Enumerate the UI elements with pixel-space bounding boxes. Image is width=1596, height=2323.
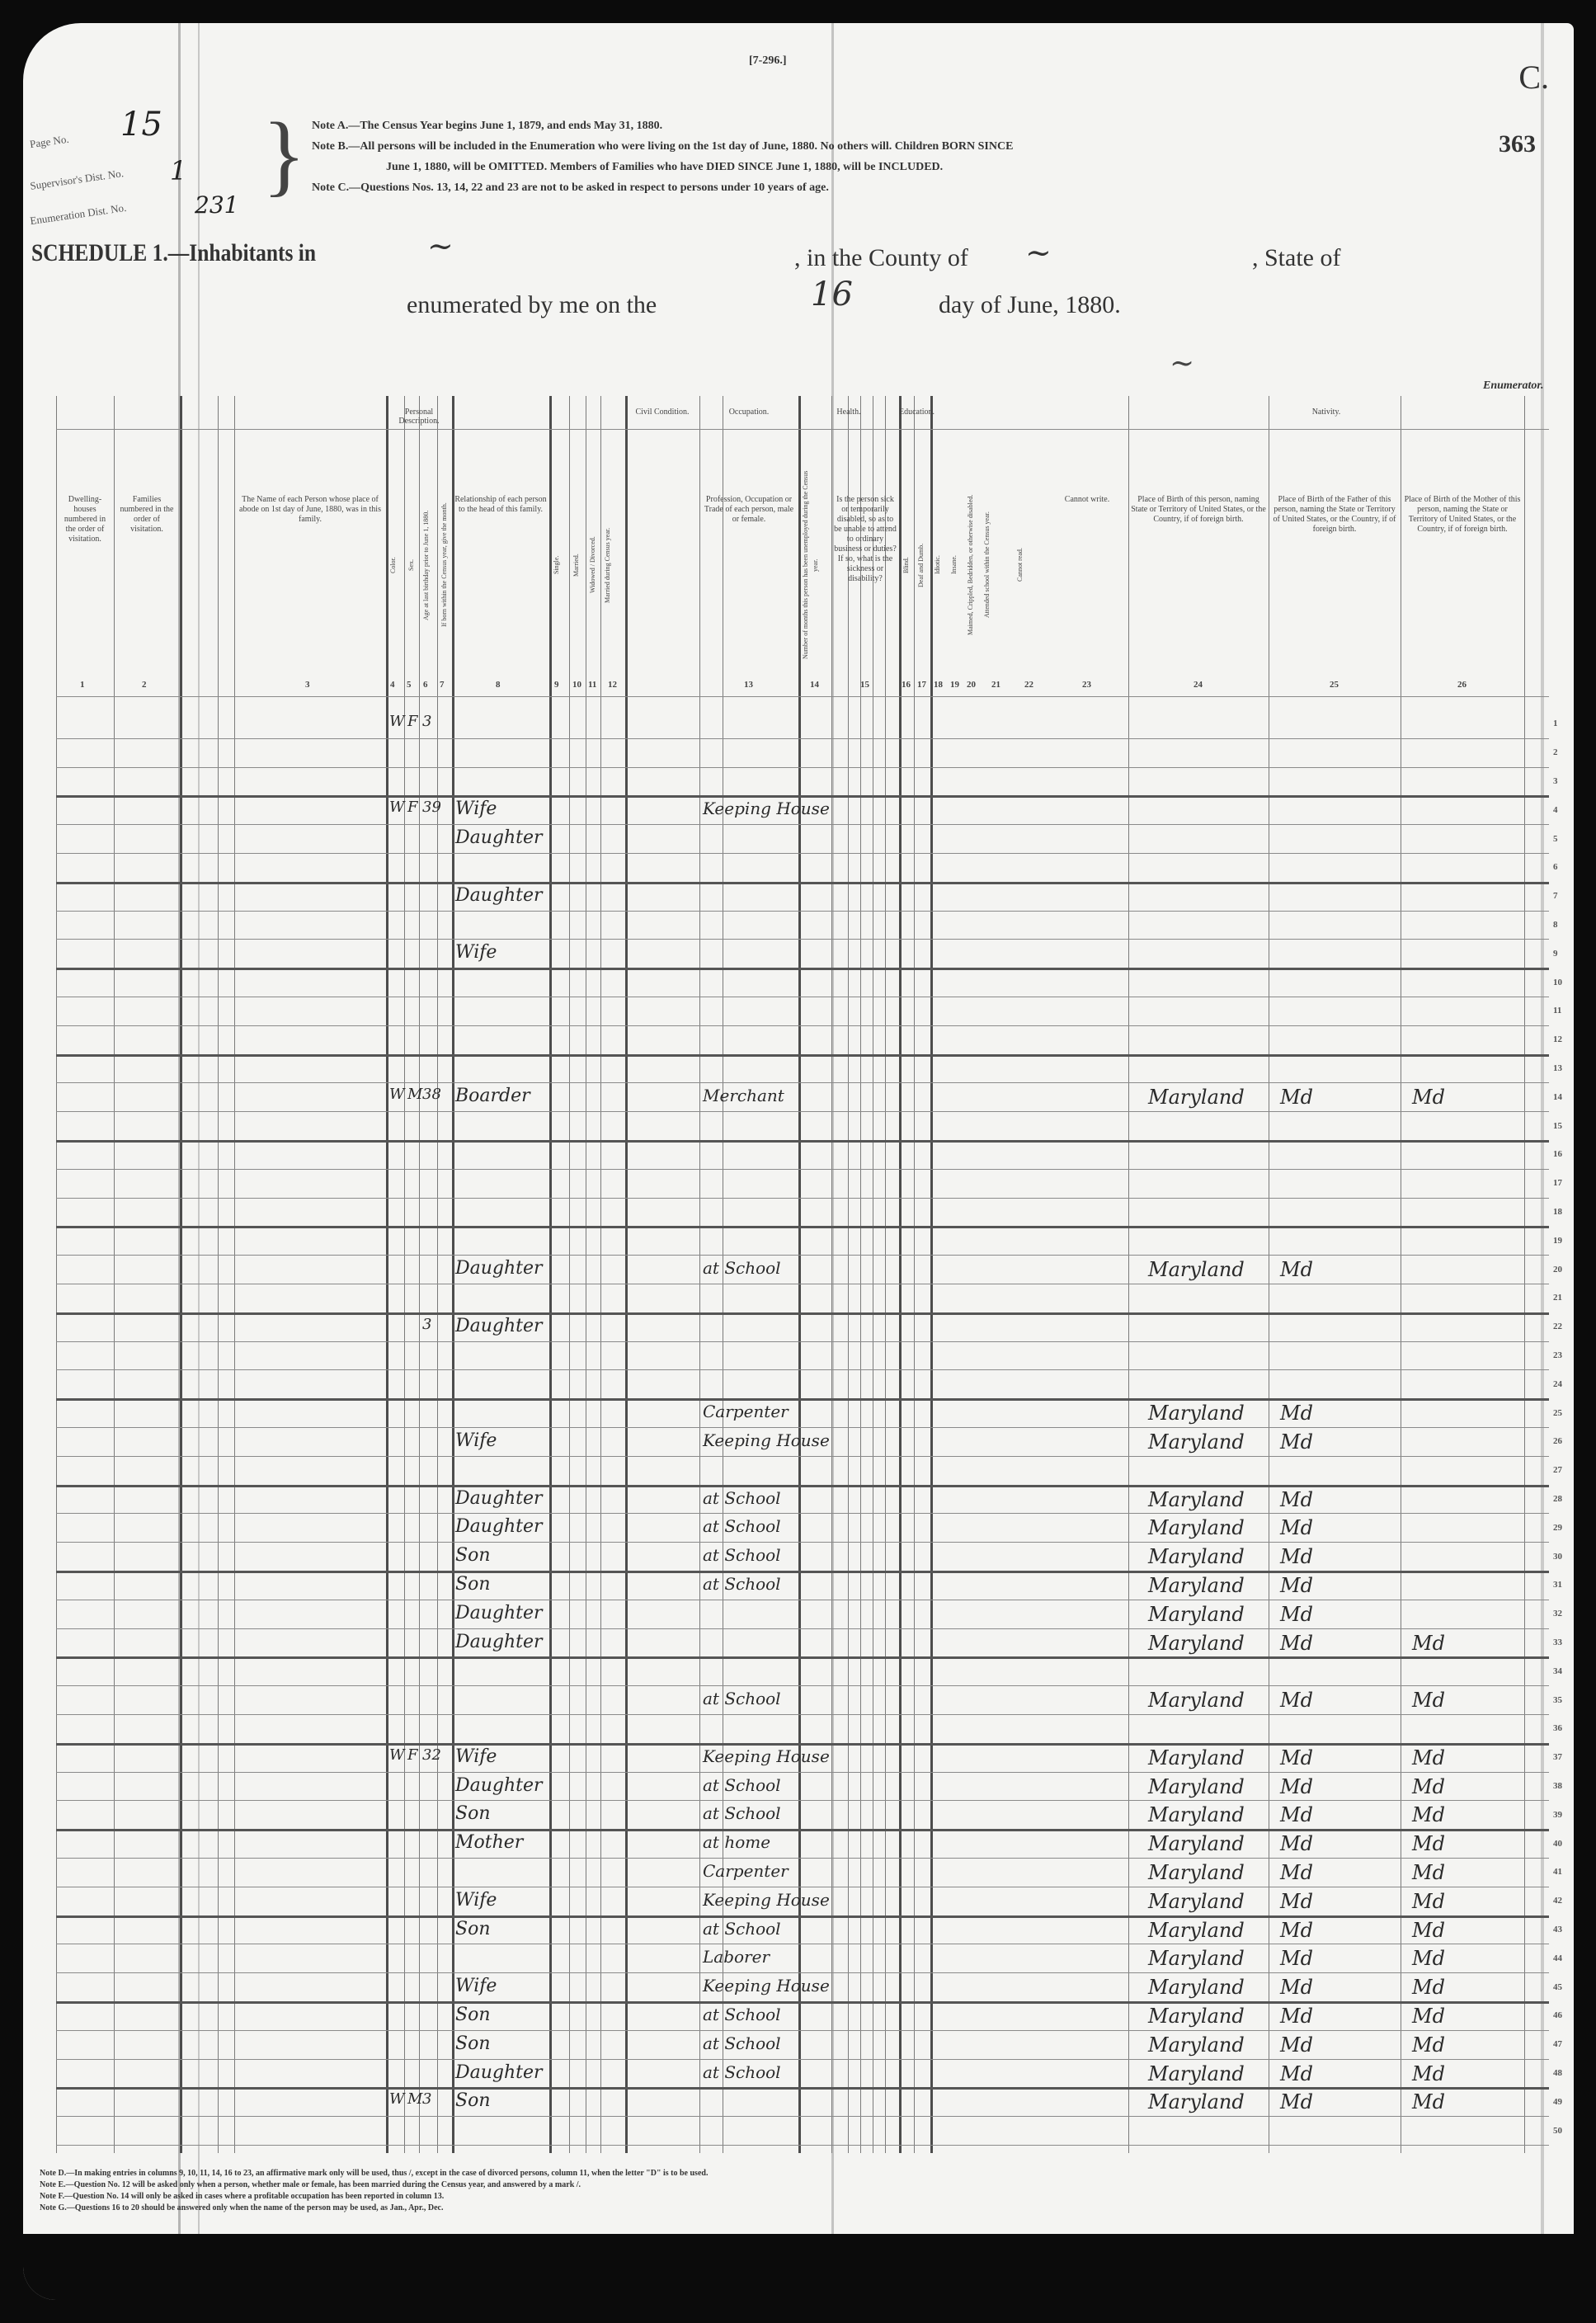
color-cell: W (389, 799, 405, 816)
father-birthplace-cell: Md (1280, 1574, 1313, 1597)
column-rule (1524, 396, 1525, 2153)
occupation-cell: Merchant (703, 1086, 784, 1105)
birthplace-cell: Maryland (1148, 1976, 1245, 1999)
form-code: [7-296.] (749, 54, 787, 68)
occupation-cell: at School (703, 1919, 781, 1939)
row-rule (56, 1685, 1549, 1686)
father-birthplace-cell: Md (1280, 1775, 1313, 1798)
birthplace-cell: Maryland (1148, 1603, 1245, 1626)
column-rule (419, 396, 420, 2153)
footnote-e: Note E.—Question No. 12 will be asked on… (40, 2179, 1029, 2191)
column-number: 4 (390, 680, 395, 690)
column-number: 16 (902, 680, 911, 690)
father-birthplace-cell: Md (1280, 1545, 1313, 1568)
relationship-cell: Wife (455, 1430, 497, 1451)
relationship-cell: Wife (455, 799, 497, 819)
occupation-cell: Keeping House (703, 1890, 830, 1910)
line-number: 10 (1553, 978, 1562, 987)
row-rule (56, 2087, 1549, 2090)
column-header: Single. (552, 470, 567, 660)
column-rule (569, 396, 570, 2153)
sheet-letter: C. (1518, 58, 1549, 97)
occupation-cell: Keeping House (703, 1746, 830, 1766)
relationship-cell: Daughter (455, 1258, 543, 1279)
row-rule (56, 738, 1549, 739)
column-rule (56, 396, 57, 2153)
birthplace-cell: Maryland (1148, 2062, 1245, 2085)
row-rule (56, 1025, 1549, 1026)
mother-birthplace-cell: Md (1412, 1632, 1445, 1655)
relationship-cell: Son (455, 2005, 491, 2025)
father-birthplace-cell: Md (1280, 1746, 1313, 1769)
line-number: 16 (1553, 1149, 1562, 1159)
birthplace-cell: Maryland (1148, 1689, 1245, 1712)
column-header: Married during Census year. (603, 470, 623, 660)
schedule-title: SCHEDULE 1.—Inhabitants in (31, 239, 316, 267)
column-group-header: Civil Condition. (625, 408, 699, 417)
enumerator-label: Enumerator. (1483, 379, 1544, 393)
line-number: 35 (1553, 1695, 1562, 1705)
mother-birthplace-cell: Md (1412, 2090, 1445, 2113)
line-number: 4 (1553, 805, 1558, 815)
line-number: 27 (1553, 1465, 1562, 1475)
column-rule (586, 396, 586, 2153)
line-number: 19 (1553, 1236, 1562, 1246)
row-rule (56, 1915, 1549, 1918)
column-number: 3 (305, 680, 310, 690)
relationship-cell: Wife (455, 1976, 497, 1996)
birthplace-cell: Maryland (1148, 1545, 1245, 1568)
header-rule (56, 429, 1549, 430)
column-rule (437, 396, 438, 2153)
column-header: Insane. (949, 470, 961, 660)
line-number: 48 (1553, 2068, 1562, 2078)
column-number: 10 (572, 680, 581, 690)
column-header: Idiotic. (933, 470, 944, 660)
line-number: 33 (1553, 1637, 1562, 1647)
column-number: 23 (1082, 680, 1091, 690)
column-header: Cannot write. (1048, 495, 1126, 505)
relationship-cell: Daughter (455, 827, 543, 848)
line-number: 12 (1553, 1034, 1562, 1044)
line-number: 38 (1553, 1781, 1562, 1791)
occupation-cell: Keeping House (703, 1430, 830, 1450)
line-number: 31 (1553, 1580, 1562, 1590)
mother-birthplace-cell: Md (1412, 1976, 1445, 1999)
birthplace-cell: Maryland (1148, 1632, 1245, 1655)
enumerated-label: enumerated by me on the (407, 291, 657, 319)
mother-birthplace-cell: Md (1412, 1775, 1445, 1798)
column-group-header: Occupation. (699, 408, 798, 417)
occupation-cell: at School (703, 1803, 781, 1823)
enumeration-dist-value: 231 (195, 191, 238, 219)
row-rule (56, 1140, 1549, 1143)
line-number: 18 (1553, 1207, 1562, 1217)
father-birthplace-cell: Md (1280, 1689, 1313, 1712)
column-number: 22 (1024, 680, 1033, 690)
father-birthplace-cell: Md (1280, 1976, 1313, 1999)
occupation-cell: at School (703, 2033, 781, 2053)
row-rule (56, 1111, 1549, 1112)
color-cell: W (389, 2090, 405, 2108)
mother-birthplace-cell: Md (1412, 1947, 1445, 1970)
color-cell: W (389, 1746, 405, 1764)
column-header: Relationship of each person to the head … (454, 495, 547, 515)
row-rule (56, 2030, 1549, 2031)
line-number: 6 (1553, 862, 1558, 872)
row-rule (56, 1542, 1549, 1543)
birthplace-cell: Maryland (1148, 1803, 1245, 1826)
birthplace-cell: Maryland (1148, 1574, 1245, 1597)
line-number: 36 (1553, 1723, 1562, 1733)
row-rule (56, 1600, 1549, 1600)
occupation-cell: at School (703, 1689, 781, 1708)
father-birthplace-cell: Md (1280, 1430, 1313, 1454)
column-group-header: Nativity. (1128, 408, 1524, 417)
mother-birthplace-cell: Md (1412, 1861, 1445, 1884)
occupation-cell: Carpenter (703, 1402, 789, 1421)
line-number: 22 (1553, 1322, 1562, 1331)
line-number: 2 (1553, 747, 1558, 757)
line-number: 46 (1553, 2010, 1562, 2020)
column-header: The Name of each Person whose place of a… (237, 495, 384, 525)
column-rule (914, 396, 915, 2153)
column-header: Profession, Occupation or Trade of each … (702, 495, 796, 525)
father-birthplace-cell: Md (1280, 2033, 1313, 2057)
column-number: 6 (423, 680, 428, 690)
father-birthplace-cell: Md (1280, 1632, 1313, 1655)
row-rule (56, 1284, 1549, 1284)
row-rule (56, 1887, 1549, 1887)
column-header: Dwelling-houses numbered in the order of… (59, 495, 111, 544)
row-rule (56, 1944, 1549, 1944)
county-handwritten: ~ (1025, 234, 1052, 271)
column-header: Cannot read. (1015, 470, 1043, 660)
relationship-cell: Daughter (455, 1316, 543, 1336)
birthplace-cell: Maryland (1148, 1488, 1245, 1511)
column-header: Families numbered in the order of visita… (116, 495, 177, 535)
brace: } (262, 109, 306, 200)
column-number: 21 (991, 680, 1000, 690)
column-rule (404, 396, 405, 2153)
age-cell: 38 (422, 1086, 441, 1103)
relationship-cell: Mother (455, 1832, 523, 1853)
column-header: Number of months this person has been un… (801, 470, 829, 660)
line-number: 39 (1553, 1810, 1562, 1820)
line-number: 28 (1553, 1494, 1562, 1504)
birthplace-cell: Maryland (1148, 1430, 1245, 1454)
relationship-cell: Daughter (455, 2062, 543, 2083)
sex-cell: M (407, 1086, 422, 1103)
line-number: 25 (1553, 1408, 1562, 1418)
line-number: 7 (1553, 891, 1558, 901)
row-rule (56, 1312, 1549, 1315)
row-rule (56, 853, 1549, 854)
footnote-f: Note F.—Question No. 14 will only be ask… (40, 2191, 1029, 2203)
occupation-cell: Carpenter (703, 1861, 789, 1881)
column-number: 2 (142, 680, 147, 690)
father-birthplace-cell: Md (1280, 1832, 1313, 1855)
column-header: Deaf and Dumb. (916, 470, 928, 660)
note-b-cont: June 1, 1880, will be OMITTED. Members o… (312, 157, 1499, 177)
row-rule (56, 1485, 1549, 1487)
line-number: 29 (1553, 1523, 1562, 1533)
row-rule (56, 1226, 1549, 1228)
column-number: 12 (608, 680, 617, 690)
column-number: 15 (860, 680, 869, 690)
occupation-cell: at home (703, 1832, 770, 1852)
mother-birthplace-cell: Md (1412, 2005, 1445, 2028)
supervisors-dist-value: 1 (170, 155, 186, 186)
column-header: Attended school within the Census year. (982, 470, 1010, 660)
column-header: Widowed / Divorced. (588, 470, 598, 660)
row-rule (56, 1398, 1549, 1401)
occupation-cell: at School (703, 2062, 781, 2082)
column-rule (1128, 396, 1129, 2153)
birthplace-cell: Maryland (1148, 2005, 1245, 2028)
relationship-cell: Wife (455, 1890, 497, 1911)
column-header: Is the person sick or temporarily disabl… (834, 495, 897, 584)
relationship-cell: Boarder (455, 1086, 530, 1106)
mother-birthplace-cell: Md (1412, 1832, 1445, 1855)
line-number: 44 (1553, 1953, 1562, 1963)
line-number: 20 (1553, 1265, 1562, 1275)
column-rule (1401, 396, 1401, 2153)
column-number: 5 (407, 680, 412, 690)
column-header: Place of Birth of this person, naming St… (1131, 495, 1266, 525)
occupation-cell: Laborer (703, 1947, 770, 1967)
column-header: Place of Birth of the Mother of this per… (1403, 495, 1522, 535)
column-number: 13 (744, 680, 753, 690)
line-number: 1 (1553, 719, 1558, 728)
column-rule (885, 396, 886, 2153)
row-rule (56, 882, 1549, 884)
age-cell: 3 (422, 2090, 431, 2108)
sex-cell: F (407, 1746, 418, 1764)
relationship-cell: Son (455, 2033, 491, 2054)
birthplace-cell: Maryland (1148, 2090, 1245, 2113)
row-rule (56, 1772, 1549, 1773)
footnote-g: Note G.—Questions 16 to 20 should be ans… (40, 2203, 1029, 2214)
color-cell: W (389, 1086, 405, 1103)
column-rule (218, 396, 219, 2153)
column-group-header: Personal Description. (386, 408, 452, 426)
county-label: , in the County of (794, 244, 968, 272)
line-number: 5 (1553, 834, 1558, 844)
column-header: If born within the Census year, give the… (440, 470, 450, 660)
column-rule (600, 396, 601, 2153)
line-number: 50 (1553, 2126, 1562, 2136)
sex-cell: M (407, 2090, 422, 2108)
census-table: Personal Description.Civil Condition.Occ… (56, 396, 1549, 2153)
row-rule (56, 2145, 1549, 2146)
relationship-cell: Daughter (455, 1516, 543, 1537)
row-rule (56, 939, 1549, 940)
mother-birthplace-cell: Md (1412, 1689, 1445, 1712)
row-rule (56, 2116, 1549, 2117)
column-rule (873, 396, 873, 2153)
row-rule (56, 795, 1549, 798)
column-rule (860, 396, 861, 2153)
occupation-cell: at School (703, 2005, 781, 2024)
row-rule (56, 1714, 1549, 1715)
row-rule (56, 1743, 1549, 1746)
father-birthplace-cell: Md (1280, 1516, 1313, 1539)
column-number: 24 (1193, 680, 1203, 690)
page-no-label: Page No. (29, 133, 69, 151)
line-number: 34 (1553, 1666, 1562, 1676)
age-cell: 32 (422, 1746, 441, 1764)
relationship-cell: Daughter (455, 885, 543, 906)
occupation-cell: Keeping House (703, 1976, 830, 1996)
line-number: 43 (1553, 1925, 1562, 1934)
row-rule (56, 1427, 1549, 1428)
birthplace-cell: Maryland (1148, 1890, 1245, 1913)
column-rule (625, 396, 628, 2153)
line-number: 24 (1553, 1379, 1562, 1389)
occupation-cell: at School (703, 1488, 781, 1508)
age-cell: 3 (422, 713, 431, 730)
census-notes: Note A.—The Census Year begins June 1, 1… (312, 115, 1499, 198)
row-rule (56, 1169, 1549, 1170)
column-header: Married. (572, 470, 583, 660)
row-rule (56, 1341, 1549, 1342)
sex-cell: F (407, 713, 418, 730)
row-rule (56, 1255, 1549, 1256)
line-number: 9 (1553, 949, 1558, 959)
age-cell: 3 (422, 1316, 431, 1333)
row-rule (56, 1456, 1549, 1457)
relationship-cell: Son (455, 1545, 491, 1566)
enumeration-day: 16 (811, 276, 853, 313)
father-birthplace-cell: Md (1280, 2090, 1313, 2113)
color-cell: W (389, 713, 405, 730)
line-number: 8 (1553, 920, 1558, 930)
row-rule (56, 1054, 1549, 1057)
column-header: Blind. (902, 470, 911, 660)
birthplace-cell: Maryland (1148, 1402, 1245, 1425)
mother-birthplace-cell: Md (1412, 1086, 1445, 1109)
row-rule (56, 1628, 1549, 1629)
line-number: 41 (1553, 1867, 1562, 1877)
father-birthplace-cell: Md (1280, 1402, 1313, 1425)
birthplace-cell: Maryland (1148, 1861, 1245, 1884)
column-number: 18 (934, 680, 943, 690)
age-cell: 39 (422, 799, 441, 816)
column-number: 25 (1330, 680, 1339, 690)
column-header: Sex. (407, 470, 417, 660)
row-rule (56, 1369, 1549, 1370)
row-rule (56, 1800, 1549, 1801)
father-birthplace-cell: Md (1280, 1086, 1313, 1109)
line-number: 32 (1553, 1609, 1562, 1619)
row-rule (56, 1198, 1549, 1199)
line-number: 49 (1553, 2097, 1562, 2107)
birthplace-cell: Maryland (1148, 1919, 1245, 1942)
line-number: 14 (1553, 1092, 1562, 1102)
birthplace-cell: Maryland (1148, 1086, 1245, 1109)
relationship-cell: Daughter (455, 1603, 543, 1623)
birthplace-cell: Maryland (1148, 1516, 1245, 1539)
occupation-cell: Keeping House (703, 799, 830, 818)
father-birthplace-cell: Md (1280, 2062, 1313, 2085)
row-rule (56, 1571, 1549, 1573)
row-rule (56, 1829, 1549, 1831)
note-b: Note B.—All persons will be included in … (312, 136, 1499, 157)
birthplace-cell: Maryland (1148, 1832, 1245, 1855)
row-rule (56, 997, 1549, 997)
father-birthplace-cell: Md (1280, 2005, 1313, 2028)
mother-birthplace-cell: Md (1412, 1746, 1445, 1769)
sheet-number: 363 (1499, 130, 1536, 158)
line-number: 13 (1553, 1063, 1562, 1073)
line-number: 3 (1553, 776, 1558, 786)
column-rule (234, 396, 235, 2153)
supervisors-dist-label: Supervisor's Dist. No. (29, 167, 124, 193)
footnote-d: Note D.—In making entries in columns 9, … (40, 2168, 1029, 2179)
line-number: 23 (1553, 1350, 1562, 1360)
row-rule (56, 1656, 1549, 1659)
birthplace-cell: Maryland (1148, 1947, 1245, 1970)
row-rule (56, 968, 1549, 970)
line-number: 15 (1553, 1121, 1562, 1131)
relationship-cell: Son (455, 1574, 491, 1595)
occupation-cell: at School (703, 1516, 781, 1536)
column-number: 17 (917, 680, 926, 690)
father-birthplace-cell: Md (1280, 1861, 1313, 1884)
mother-birthplace-cell: Md (1412, 2062, 1445, 2085)
page-identifiers: Page No. 15 Supervisor's Dist. No. 1 Enu… (30, 106, 277, 229)
row-rule (56, 767, 1549, 768)
column-header: Age at last birthday prior to June 1, 18… (421, 470, 435, 660)
birthplace-cell: Maryland (1148, 1258, 1245, 1281)
day-label: day of June, 1880. (939, 291, 1121, 319)
state-label: , State of (1252, 244, 1340, 272)
column-rule (114, 396, 115, 2153)
line-number: 40 (1553, 1839, 1562, 1849)
film-edge (23, 2234, 1574, 2300)
row-rule (56, 1082, 1549, 1083)
column-number: 11 (588, 680, 596, 690)
column-number: 7 (440, 680, 445, 690)
column-number: 9 (554, 680, 559, 690)
occupation-cell: at School (703, 1574, 781, 1594)
enumerator-signature: ~ (1170, 346, 1194, 380)
column-rule (1269, 396, 1269, 2153)
column-group-header: Health. (798, 408, 899, 417)
census-sheet: [7-296.] C. 363 Page No. 15 Supervisor's… (23, 23, 1574, 2300)
column-number: 26 (1457, 680, 1467, 690)
mother-birthplace-cell: Md (1412, 1890, 1445, 1913)
footnotes: Note D.—In making entries in columns 9, … (40, 2168, 1029, 2214)
line-number: 47 (1553, 2039, 1562, 2049)
column-rule (831, 396, 832, 2153)
page-no-value: 15 (120, 106, 162, 144)
relationship-cell: Daughter (455, 1775, 543, 1796)
row-rule (56, 911, 1549, 912)
row-rule (56, 2001, 1549, 2004)
row-rule (56, 824, 1549, 825)
father-birthplace-cell: Md (1280, 1488, 1313, 1511)
occupation-cell: at School (703, 1545, 781, 1565)
relationship-cell: Son (455, 2090, 491, 2111)
relationship-cell: Daughter (455, 1632, 543, 1652)
column-rule (699, 396, 700, 2153)
column-rule (848, 396, 849, 2153)
header-rule (56, 696, 1549, 697)
mother-birthplace-cell: Md (1412, 1919, 1445, 1942)
column-header: Place of Birth of the Father of this per… (1271, 495, 1398, 535)
